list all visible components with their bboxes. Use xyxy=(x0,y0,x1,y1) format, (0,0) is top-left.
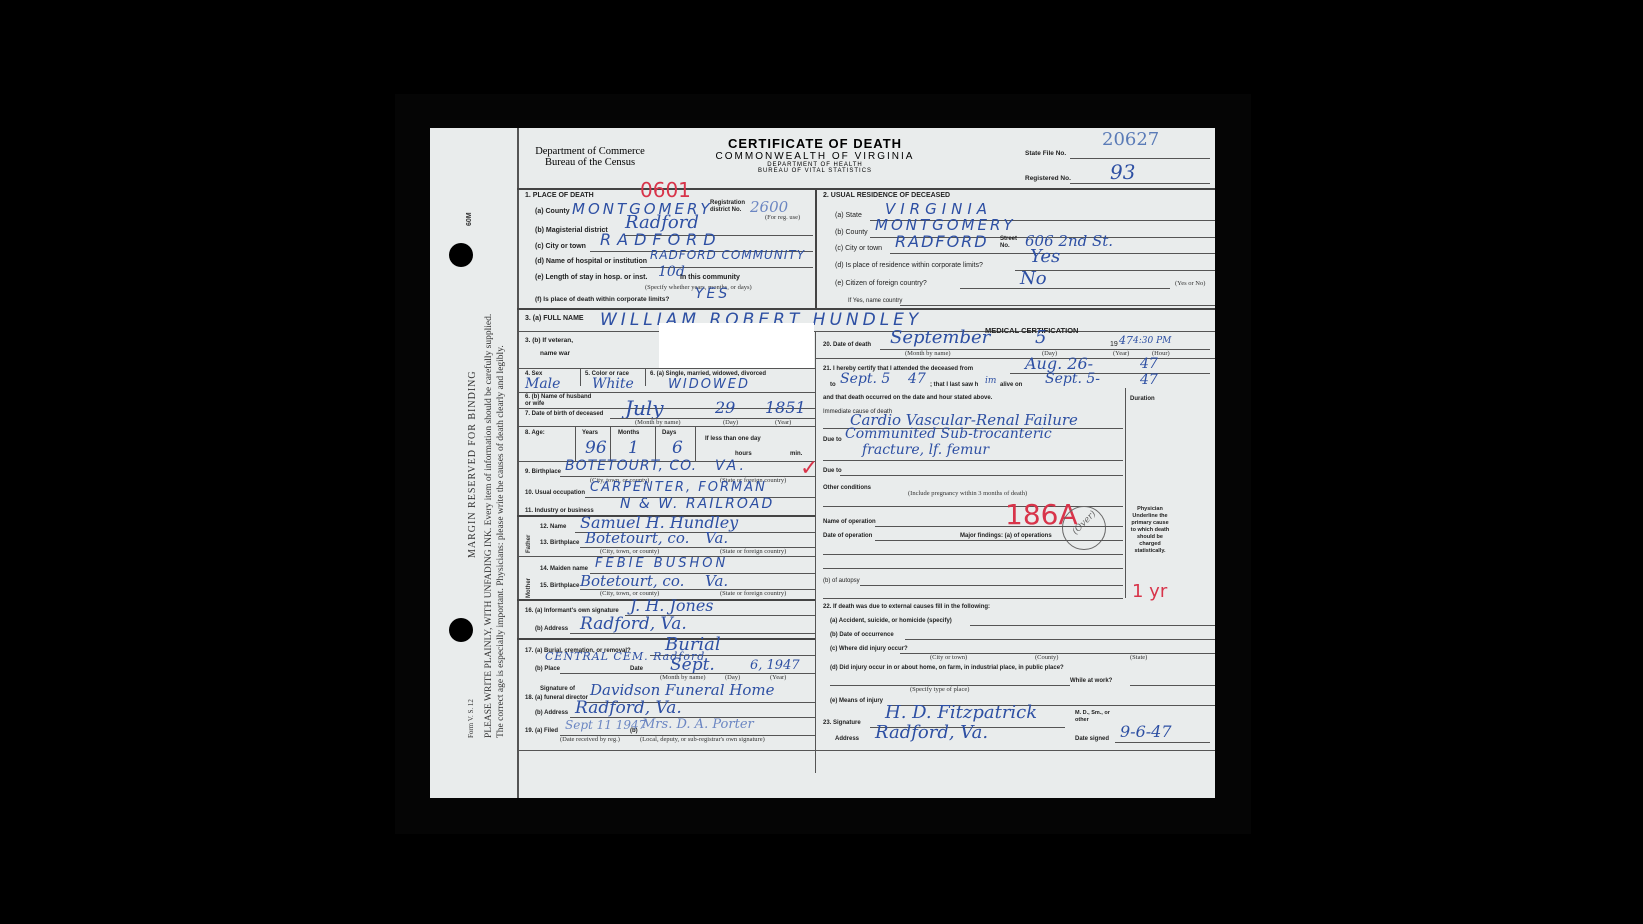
other-conditions-label: Other conditions xyxy=(823,485,871,491)
name-country-label: If Yes, name country xyxy=(848,298,902,304)
registered-label: Registered No. xyxy=(1025,175,1071,182)
dob-month-hint: (Month by name) xyxy=(635,419,681,426)
res-county-label: (b) County xyxy=(835,229,868,236)
father-birth-city: Botetourt, co. xyxy=(585,529,689,547)
physician-address-label: Address xyxy=(835,736,859,742)
due-to-cause-continued: fracture, lf. femur xyxy=(862,442,989,458)
form-number: Form V. S. 12 xyxy=(467,699,475,738)
burial-date-label: Date xyxy=(630,666,643,672)
less-than-day-label: If less than one day xyxy=(705,436,761,442)
veteran-label: 3. (b) If veteran, xyxy=(525,337,573,344)
informant-address: Radford, Va. xyxy=(580,614,687,634)
certificate-paper: 60M MARGIN RESERVED FOR BINDING PLEASE W… xyxy=(430,128,1215,798)
dept-commerce: Department of Commerce xyxy=(525,146,655,157)
physician-title: M. D., Sm., or other xyxy=(1075,710,1115,724)
death-day: 5 xyxy=(1035,327,1046,348)
father-birth-state: Va. xyxy=(705,529,728,547)
hospital-label: (d) Name of hospital or institution xyxy=(535,258,647,265)
informant-address-label: (b) Address xyxy=(535,626,568,632)
physician-note: Physician Underline the primary cause to… xyxy=(1128,506,1172,555)
date-signed: 9-6-47 xyxy=(1120,722,1172,741)
registered-number: 93 xyxy=(1110,160,1135,184)
dob-year-hint: (Year) xyxy=(775,419,791,426)
full-name-label: 3. (a) FULL NAME xyxy=(525,315,584,322)
res-corporate: Yes xyxy=(1030,246,1060,267)
burial-month-hint: (Month by name) xyxy=(660,674,706,681)
attended-to: Sept. 5 xyxy=(840,371,890,387)
director-address-label: (b) Address xyxy=(535,710,568,716)
stated-above: and that death occurred on the date and … xyxy=(823,395,992,401)
burial-month: Sept. xyxy=(670,655,715,675)
mother-label: Mother xyxy=(526,578,532,598)
duration-label: Duration xyxy=(1130,396,1155,402)
signature-label: 23. Signature xyxy=(823,720,861,726)
occupation-label: 10. Usual occupation xyxy=(525,490,585,496)
months-label: Months xyxy=(618,430,639,436)
registrar-signature: Mrs. D. A. Porter xyxy=(642,717,754,732)
city-label: (c) City or town xyxy=(535,243,586,250)
due-to-label: Due to xyxy=(823,437,842,443)
injury-city-hint: (City or town) xyxy=(930,654,967,661)
external-e-label: (e) Means of injury xyxy=(830,698,883,704)
burial-day-hint: (Day) xyxy=(725,674,740,681)
years-label: Years xyxy=(582,430,598,436)
alive-on-label: alive on xyxy=(1000,382,1022,388)
punch-hole xyxy=(449,243,473,267)
injury-county-hint: (County) xyxy=(1035,654,1058,661)
autopsy-label: (b) of autopsy xyxy=(823,578,860,584)
hospital-name: RADFORD COMMUNITY xyxy=(650,248,805,262)
mother-name: FEBIE BUSHON xyxy=(595,556,728,571)
dob-year: 1851 xyxy=(765,398,806,417)
father-label: Father xyxy=(526,535,532,553)
war-label: name war xyxy=(540,350,570,357)
county-label: (a) County xyxy=(535,208,570,215)
spouse-label: 6. (b) Name of husband or wife xyxy=(525,394,595,408)
date-signed-label: Date signed xyxy=(1075,736,1109,742)
filed-label: 19. (a) Filed xyxy=(525,728,558,734)
res-corporate-label: (d) Is place of residence within corpora… xyxy=(835,262,983,269)
informant-signature: J. H. Jones xyxy=(630,596,714,615)
marital-status: WIDOWED xyxy=(668,377,750,392)
mother-birth-label: 15. Birthplace xyxy=(540,583,579,589)
medical-heading: MEDICAL CERTIFICATION xyxy=(985,326,1078,335)
death-date-label: 20. Date of death xyxy=(823,342,871,348)
magisterial-label: (b) Magisterial district xyxy=(535,227,608,234)
dob-day: 29 xyxy=(715,398,735,417)
state-file-number: 20627 xyxy=(1102,129,1159,150)
sig-of-label: Signature of xyxy=(540,686,575,692)
father-city-hint: (City, town, or county) xyxy=(600,548,659,555)
occupation: CARPENTER, FORMAN xyxy=(590,480,767,495)
burial-year-hint: (Year) xyxy=(770,674,786,681)
death-hour: 4:30 PM xyxy=(1133,336,1171,346)
death-year-hint: (Year) xyxy=(1113,350,1129,357)
death-city: RADFORD xyxy=(600,230,722,249)
red-checkmark: ✓ xyxy=(800,455,818,481)
at-work-label: While at work? xyxy=(1070,678,1112,684)
to-label: to xyxy=(830,382,836,388)
age-years: 96 xyxy=(585,438,607,458)
mother-birth-city: Botetourt, co. xyxy=(580,572,684,590)
county-code-stamp: 0601 xyxy=(640,178,691,202)
external-d-label: (d) Did injury occur in or about home, o… xyxy=(830,665,1064,671)
external-heading: 22. If death was due to external causes … xyxy=(823,604,990,610)
residence-heading: 2. USUAL RESIDENCE OF DECEASED xyxy=(823,192,950,199)
pregnancy-hint: (Include pregnancy within 3 months of de… xyxy=(908,490,1027,497)
due-to-cause: Communited Sub-trocanteric xyxy=(845,426,1052,442)
burial-day-year: 6, 1947 xyxy=(750,658,800,673)
death-year: 47 xyxy=(1119,334,1133,347)
place-type-hint: (Specify type of place) xyxy=(910,686,969,693)
reg-use-hint: (For reg. use) xyxy=(765,214,800,221)
physician-signature: H. D. Fitzpatrick xyxy=(885,702,1037,723)
death-month-hint: (Month by name) xyxy=(905,350,951,357)
external-a-label: (a) Accident, suicide, or homicide (spec… xyxy=(830,618,952,624)
father-state-hint: (State or foreign country) xyxy=(720,548,786,555)
attended-to-year: 47 xyxy=(908,371,926,387)
bureau-census: Bureau of the Census xyxy=(525,157,655,168)
director-address: Radford, Va. xyxy=(575,698,682,718)
last-saw-date: Sept. 5- xyxy=(1045,371,1100,387)
redacted-block xyxy=(659,323,814,368)
community-label: In this community xyxy=(680,274,740,281)
death-year-prefix: 19 xyxy=(1110,341,1118,348)
street-label: Street No. xyxy=(1000,236,1018,250)
dob-month: July xyxy=(625,396,664,420)
certificate-title: CERTIFICATE OF DEATH xyxy=(690,136,940,151)
last-saw-label: ; that I last saw h xyxy=(930,382,978,388)
industry: N & W. RAILROAD xyxy=(620,496,774,512)
age-days: 6 xyxy=(672,438,683,458)
mother-birth-state: Va. xyxy=(705,572,728,590)
external-b-label: (b) Date of occurrence xyxy=(830,632,894,638)
father-name-label: 12. Name xyxy=(540,524,566,530)
funeral-director: Davidson Funeral Home xyxy=(590,681,775,699)
place-of-death-heading: 1. PLACE OF DEATH xyxy=(525,192,594,199)
registrar-label: (b) xyxy=(630,728,638,734)
operation-label: Name of operation xyxy=(823,519,876,525)
injury-state-hint: (State) xyxy=(1130,654,1147,661)
birthplace-state: VA. xyxy=(715,458,747,474)
binding-margin: 60M MARGIN RESERVED FOR BINDING PLEASE W… xyxy=(430,128,519,798)
res-city-label: (c) City or town xyxy=(835,245,882,252)
operation-date-label: Date of operation xyxy=(823,533,872,539)
father-birth-label: 13. Birthplace xyxy=(540,540,579,546)
burial-place-label: (b) Place xyxy=(535,666,560,672)
birthplace-city: BOTETOURT, CO. xyxy=(565,458,697,474)
last-saw-year: 47 xyxy=(1140,372,1158,388)
mother-state-hint: (State or foreign country) xyxy=(720,590,786,597)
race: White xyxy=(592,376,634,392)
foreign-label: (e) Citizen of foreign country? xyxy=(835,280,927,287)
res-city: RADFORD xyxy=(895,232,989,251)
filed-date-hint: (Date received by reg.) xyxy=(560,736,620,743)
age-label: 8. Age: xyxy=(525,430,545,436)
res-state-label: (a) State xyxy=(835,212,862,219)
res-foreign: No xyxy=(1020,268,1047,289)
physician-address: Radford, Va. xyxy=(875,722,988,743)
state-file-label: State File No. xyxy=(1025,150,1066,157)
attended-from-year: 47 xyxy=(1140,356,1158,372)
commonwealth-title: COMMONWEALTH OF VIRGINIA xyxy=(690,151,940,162)
dob-label: 7. Date of birth of deceased xyxy=(525,411,603,417)
due-to-2-label: Due to xyxy=(823,468,842,474)
age-months: 1 xyxy=(628,438,639,458)
registrar-hint: (Local, deputy, or sub-registrar's own s… xyxy=(640,736,765,743)
days-label: Days xyxy=(662,430,676,436)
external-c-label: (c) Where did injury occur? xyxy=(830,646,908,652)
hours-label: hours xyxy=(735,451,752,457)
punch-hole xyxy=(449,618,473,642)
yes-no-hint: (Yes or No) xyxy=(1175,280,1205,287)
instructions-line-2: The correct age is especially important.… xyxy=(496,345,506,738)
sex: Male xyxy=(525,376,560,392)
findings-label: Major findings: (a) of operations xyxy=(960,533,1052,539)
bureau-vital: BUREAU OF VITAL STATISTICS xyxy=(690,168,940,174)
dob-day-hint: (Day) xyxy=(723,419,738,426)
stay-label: (e) Length of stay in hosp. or inst. xyxy=(535,274,647,281)
instructions-line-1: PLEASE WRITE PLAINLY, WITH UNFADING INK.… xyxy=(484,314,494,738)
duration-code-stamp: 1 yr xyxy=(1132,581,1167,602)
margin-reserved-text: MARGIN RESERVED FOR BINDING xyxy=(467,370,478,558)
death-month: September xyxy=(890,327,990,348)
form-code: 60M xyxy=(466,212,473,226)
birthplace-label: 9. Birthplace xyxy=(525,469,561,475)
him-text: im xyxy=(985,376,996,386)
reg-district-label: Registration district No. xyxy=(710,200,750,214)
death-corporate: YES xyxy=(695,286,730,302)
death-corporate-label: (f) Is place of death within corporate l… xyxy=(535,296,669,303)
